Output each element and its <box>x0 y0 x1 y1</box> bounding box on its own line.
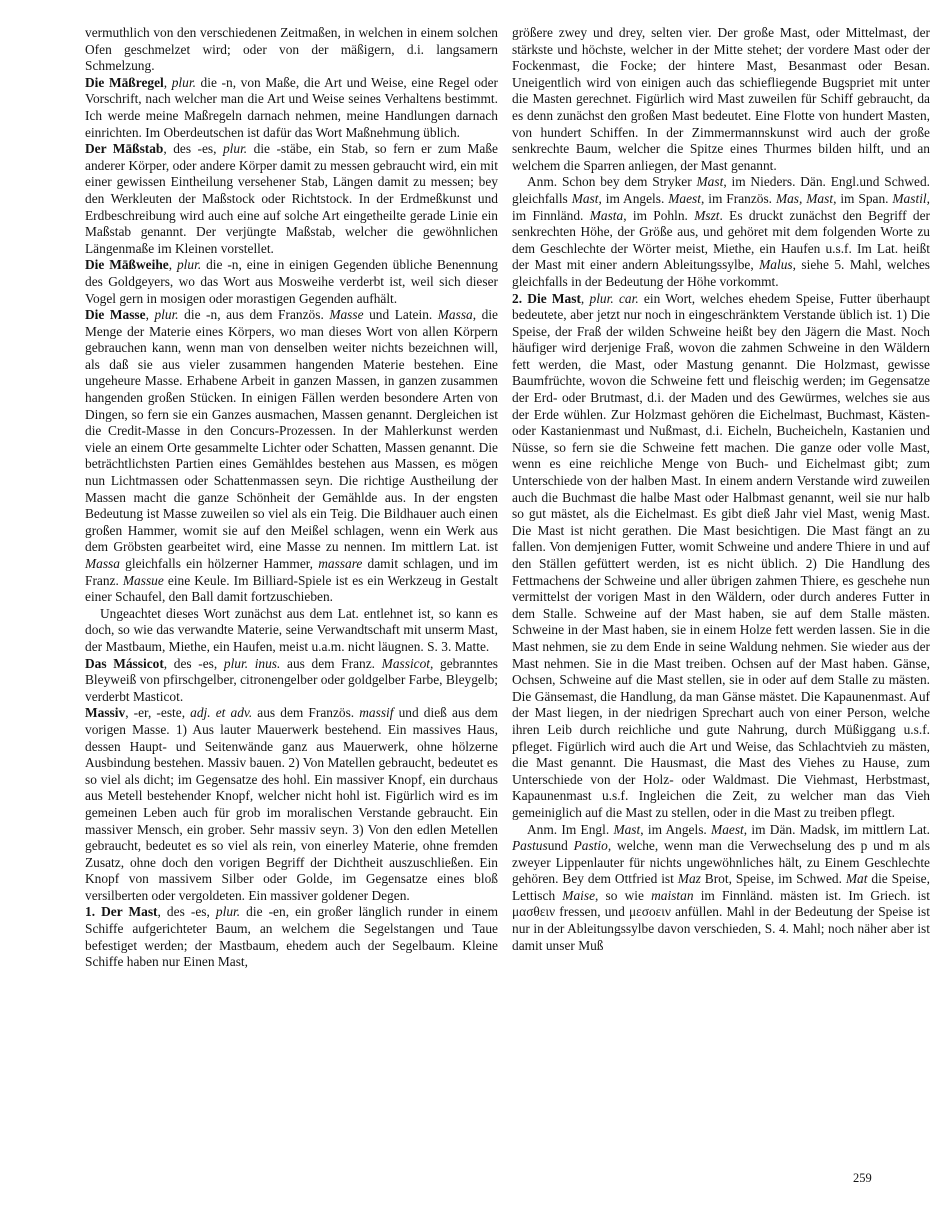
headword: Der Māßstab <box>85 141 163 156</box>
text-run: Anm. Schon bey dem Stryker <box>527 174 697 189</box>
italic-term: adj. et adv. <box>190 705 252 720</box>
italic-term: Maz <box>678 871 701 886</box>
italic-term: Malus <box>759 257 792 272</box>
italic-term: Masse <box>329 307 363 322</box>
headword: 1. Der Mast <box>85 904 158 919</box>
italic-term: Massicot <box>382 656 430 671</box>
italic-term: plur. <box>177 257 201 272</box>
text-column-right: größere zwey und drey, selten vier. Der … <box>512 25 930 954</box>
text-run: , im Angels. <box>640 822 711 837</box>
text-run: größere zwey und drey, selten vier. Der … <box>512 25 930 173</box>
text-run: Brot, Speise, im Schwed. <box>701 871 846 886</box>
text-run: aus dem Französ. <box>252 705 359 720</box>
dictionary-paragraph: Massiv, -er, -este, adj. et adv. aus dem… <box>85 705 498 904</box>
dictionary-paragraph: Das Mássicot, des -es, plur. inus. aus d… <box>85 656 498 706</box>
text-run: , <box>164 75 172 90</box>
dictionary-paragraph: 1. Der Mast, des -es, plur. die -en, ein… <box>85 904 498 970</box>
text-run: , des -es, <box>163 141 223 156</box>
italic-term: Massa <box>438 307 473 322</box>
italic-term: plur. <box>172 75 196 90</box>
text-run: Ungeachtet dieses Wort zunächst aus dem … <box>85 606 498 654</box>
text-run: Anm. Im Engl. <box>527 822 613 837</box>
italic-term: Mastil <box>892 191 926 206</box>
dictionary-paragraph: Anm. Schon bey dem Stryker Mast, im Nied… <box>512 174 930 290</box>
text-run: aus dem Franz. <box>280 656 381 671</box>
text-run: , im Pohln. <box>623 208 694 223</box>
italic-term: Mast <box>572 191 599 206</box>
text-run: , des -es, <box>164 656 224 671</box>
dictionary-paragraph: vermuthlich von den verschiedenen Zeitma… <box>85 25 498 75</box>
italic-term: Mszt <box>694 208 719 223</box>
italic-term: Maest <box>711 822 744 837</box>
text-run: , im Span. <box>833 191 892 206</box>
italic-term: Massa <box>85 556 120 571</box>
dictionary-paragraph: Anm. Im Engl. Mast, im Angels. Maest, im… <box>512 822 930 955</box>
italic-term: massif <box>359 705 393 720</box>
headword: Die Masse <box>85 307 146 322</box>
italic-term: Pastus <box>512 838 548 853</box>
italic-term: plur. <box>223 141 247 156</box>
italic-term: Mast <box>697 174 724 189</box>
dictionary-paragraph: größere zwey und drey, selten vier. Der … <box>512 25 930 174</box>
headword: Das Mássicot <box>85 656 164 671</box>
page-number: 259 <box>853 1171 872 1186</box>
dictionary-page: vermuthlich von den verschiedenen Zeitma… <box>0 0 935 1210</box>
text-run: die -stäbe, ein Stab, so fern er zum Maß… <box>85 141 498 256</box>
text-run: , des -es, <box>158 904 216 919</box>
italic-term: Pastio <box>574 838 608 853</box>
text-run: , <box>169 257 177 272</box>
text-run: gleichfalls ein hölzerner Hammer, <box>120 556 318 571</box>
italic-term: Mas, Mast <box>776 191 833 206</box>
text-run: , im Angels. <box>598 191 668 206</box>
text-run: , <box>581 291 590 306</box>
text-run: , im Französ. <box>701 191 776 206</box>
dictionary-paragraph: Die Māßweihe, plur. die -n, eine in eini… <box>85 257 498 307</box>
text-run: ein Wort, welches ehedem Speise, Futter … <box>512 291 930 820</box>
text-run: , die Menge der Materie eines Körpers, w… <box>85 307 498 554</box>
text-run: die -n, aus dem Französ. <box>179 307 330 322</box>
dictionary-paragraph: Die Masse, plur. die -n, aus dem Französ… <box>85 307 498 606</box>
headword: Massiv <box>85 705 125 720</box>
text-column-left: vermuthlich von den verschiedenen Zeitma… <box>85 25 498 971</box>
italic-term: Masta <box>590 208 623 223</box>
dictionary-paragraph: Ungeachtet dieses Wort zunächst aus dem … <box>85 606 498 656</box>
dictionary-paragraph: Die Māßregel, plur. die -n, von Maße, di… <box>85 75 498 141</box>
text-run: und Latein. <box>364 307 438 322</box>
text-run: , im Dän. Madsk, im mittlern Lat. <box>744 822 930 837</box>
text-run: und dieß aus dem vorigen Masse. 1) Aus l… <box>85 705 498 903</box>
text-run: , so wie <box>595 888 651 903</box>
dictionary-paragraph: 2. Die Mast, plur. car. ein Wort, welche… <box>512 291 930 822</box>
text-run: und <box>548 838 574 853</box>
italic-term: Maise <box>562 888 595 903</box>
headword: Die Māßweihe <box>85 257 169 272</box>
italic-term: Massue <box>123 573 164 588</box>
italic-term: plur. <box>216 904 240 919</box>
text-run: , -er, -este, <box>125 705 190 720</box>
italic-term: plur. car. <box>590 291 639 306</box>
headword: 2. Die Mast <box>512 291 581 306</box>
headword: Die Māßregel <box>85 75 164 90</box>
italic-term: massare <box>318 556 362 571</box>
italic-term: Mat <box>846 871 868 886</box>
italic-term: Mast <box>613 822 640 837</box>
italic-term: maistan <box>651 888 693 903</box>
italic-term: Maest <box>668 191 701 206</box>
italic-term: plur. inus. <box>224 656 281 671</box>
italic-term: plur. <box>154 307 178 322</box>
text-run: vermuthlich von den verschiedenen Zeitma… <box>85 25 498 73</box>
dictionary-paragraph: Der Māßstab, des -es, plur. die -stäbe, … <box>85 141 498 257</box>
